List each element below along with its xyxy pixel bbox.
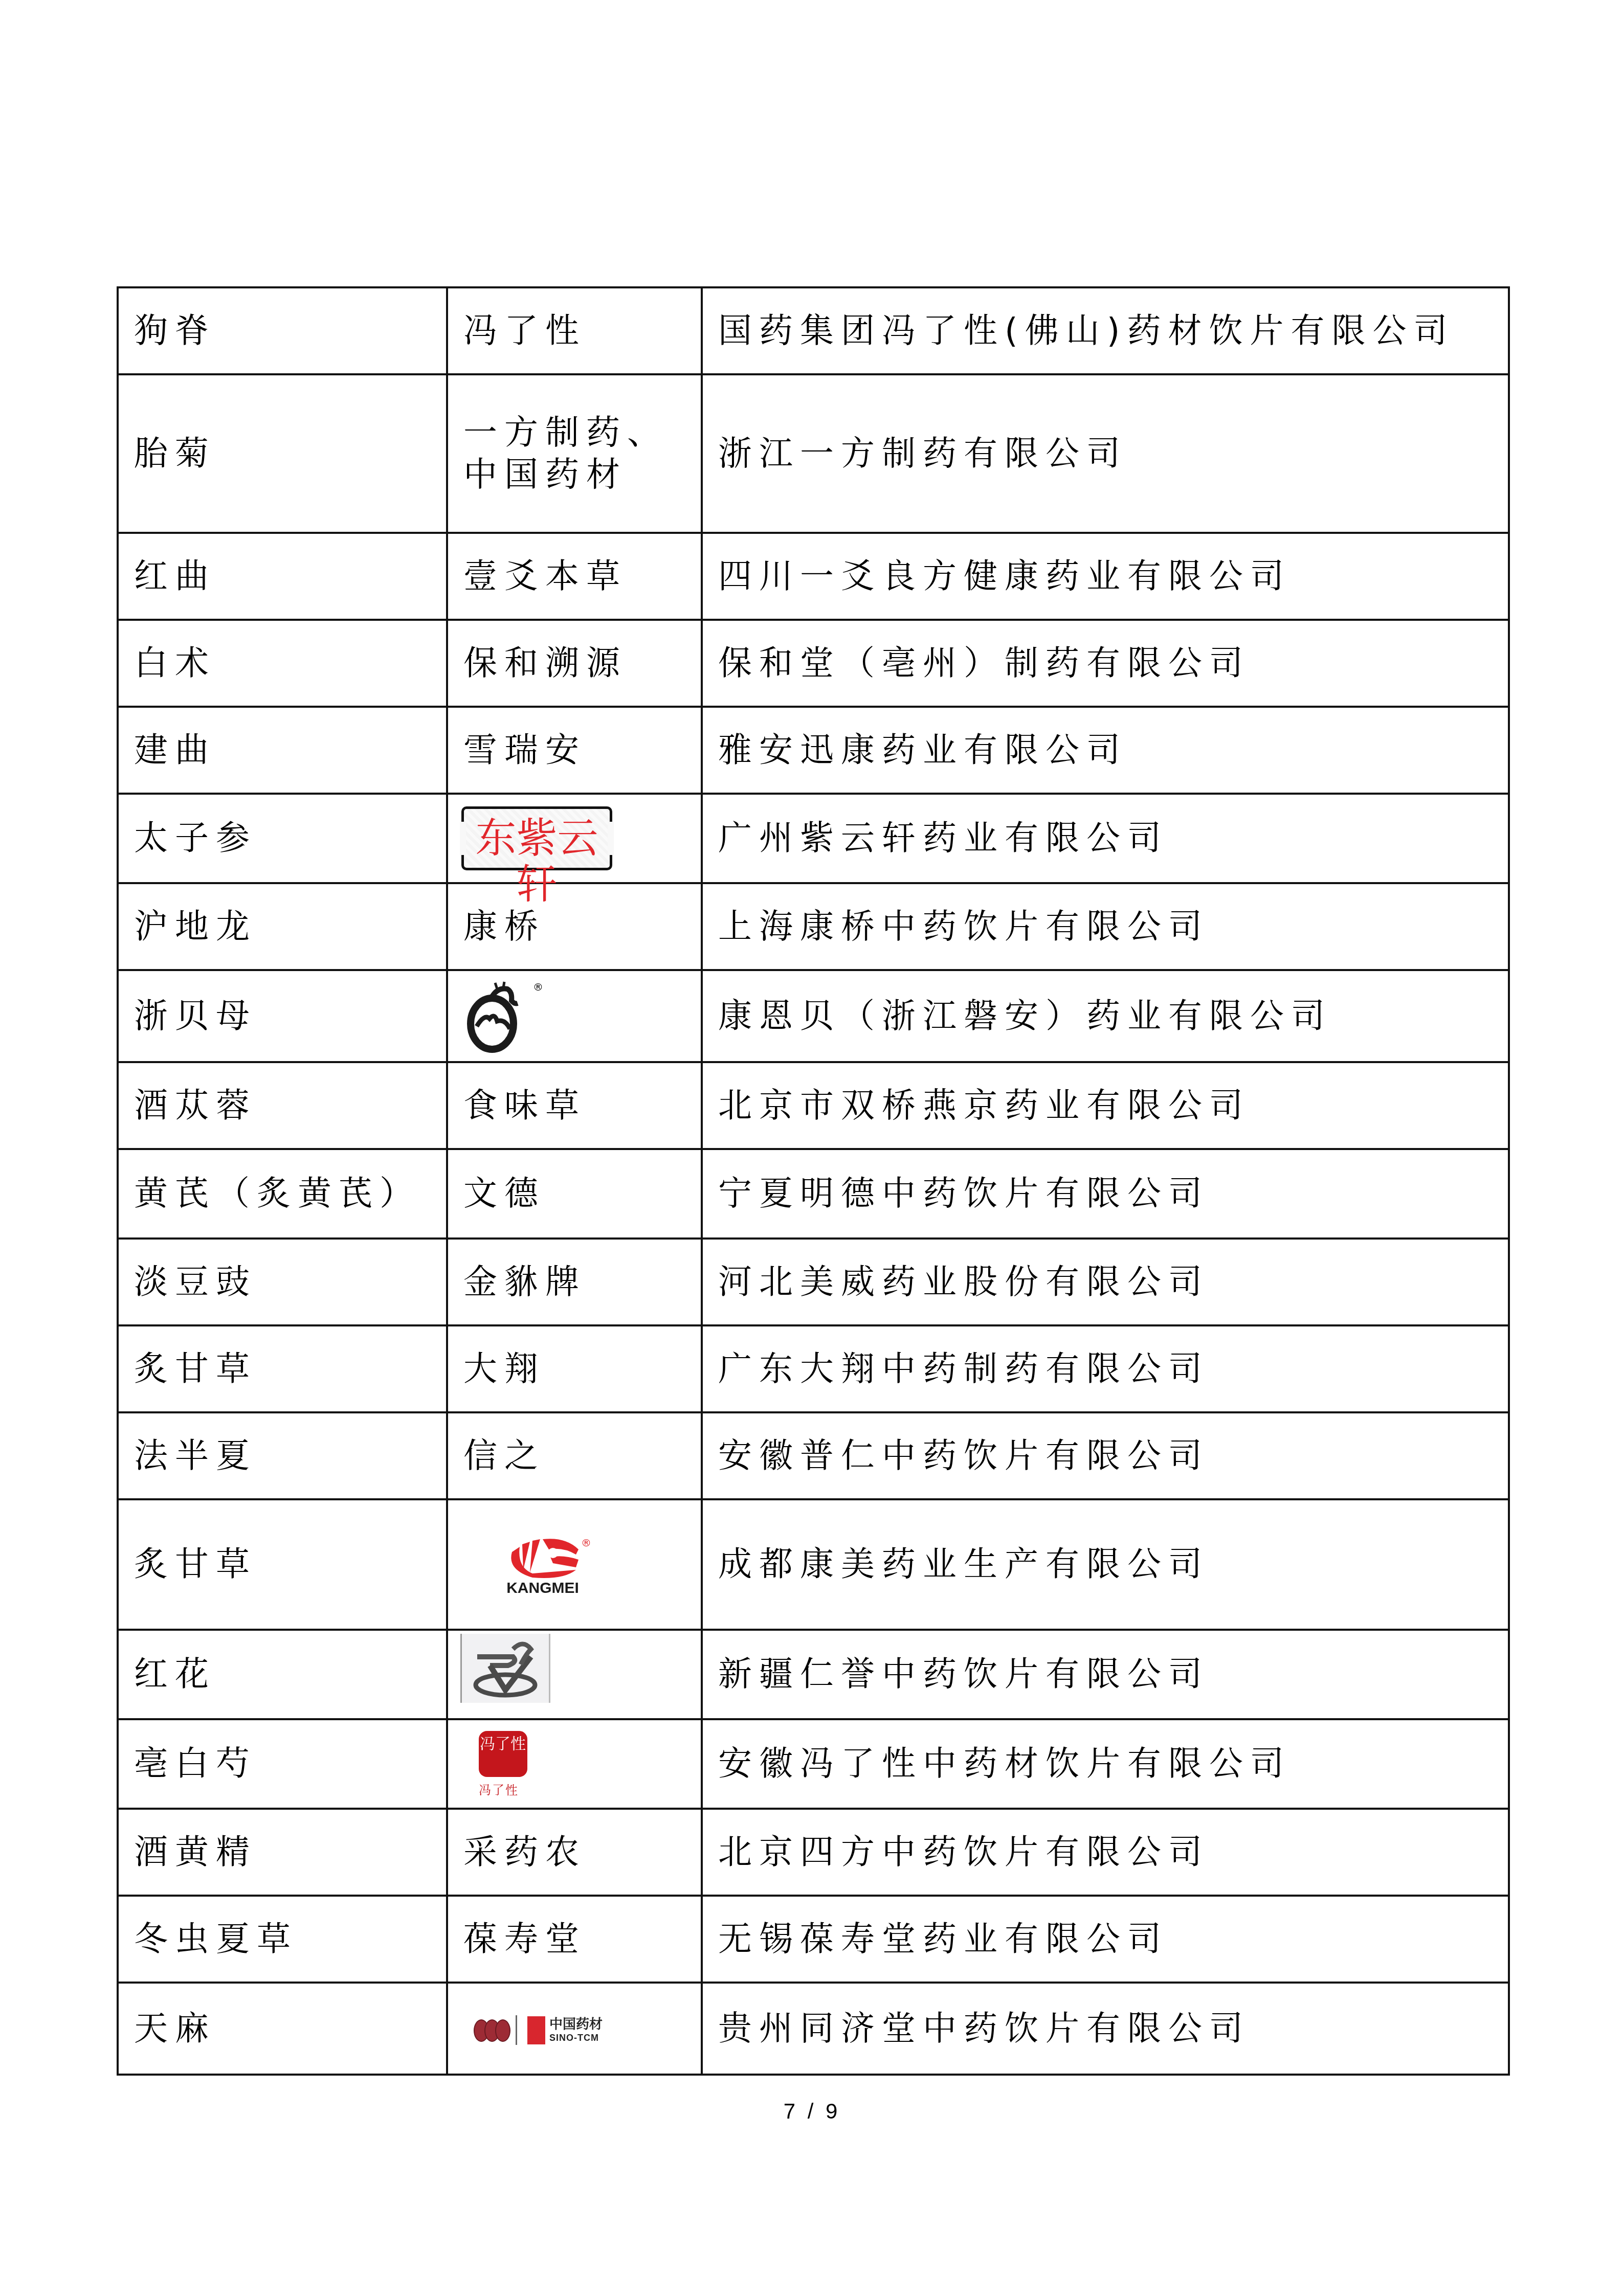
brand-cell: 大翔 xyxy=(447,1325,702,1412)
company-cell: 安徽普仁中药饮片有限公司 xyxy=(702,1412,1509,1499)
herb-cell: 炙甘草 xyxy=(118,1325,447,1412)
herb-cell: 冬虫夏草 xyxy=(118,1896,447,1983)
brand-cell: 冯了性 xyxy=(447,287,702,374)
table-row: 红花 新疆仁誉中药饮片有限公司 xyxy=(118,1630,1509,1719)
company-cell: 康恩贝（浙江磐安）药业有限公司 xyxy=(702,970,1509,1062)
brand-cell: ® KANGMEI xyxy=(447,1499,702,1630)
table-row: 法半夏 信之 安徽普仁中药饮片有限公司 xyxy=(118,1412,1509,1499)
herb-cell: 建曲 xyxy=(118,707,447,794)
table-row: 太子参 东紫云轩 广州紫云轩药业有限公司 xyxy=(118,794,1509,883)
herb-cell: 红曲 xyxy=(118,533,447,620)
herb-name: 胎菊 xyxy=(134,433,446,475)
herb-cell: 白术 xyxy=(118,620,447,707)
kangmei-logo: ® KANGMEI xyxy=(492,1526,594,1603)
herb-cell: 天麻 xyxy=(118,1983,447,2075)
company-cell: 上海康桥中药饮片有限公司 xyxy=(702,883,1509,970)
table-row: 狗脊 冯了性 国药集团冯了性(佛山)药材饮片有限公司 xyxy=(118,287,1509,374)
company-cell: 新疆仁誉中药饮片有限公司 xyxy=(702,1630,1509,1719)
herb-cell: 沪地龙 xyxy=(118,883,447,970)
page-number: 7 / 9 xyxy=(0,2099,1624,2124)
company-cell: 广东大翔中药制药有限公司 xyxy=(702,1325,1509,1412)
company-name: 国药集团冯了性(佛山)药材饮片有限公司 xyxy=(718,310,1508,352)
company-name: 安徽普仁中药饮片有限公司 xyxy=(718,1435,1508,1477)
company-name: 无锡葆寿堂药业有限公司 xyxy=(718,1918,1508,1961)
company-name: 新疆仁誉中药饮片有限公司 xyxy=(718,1653,1508,1696)
brand-name: 文德 xyxy=(463,1173,701,1215)
brand-cell: 食味草 xyxy=(447,1062,702,1149)
herb-name: 沪地龙 xyxy=(134,906,446,948)
brand-cell: 一方制药、中国药材 xyxy=(447,374,702,533)
ry-emblem-icon xyxy=(462,1634,549,1703)
sinotcm-emblem-icon xyxy=(527,2016,545,2044)
brand-cell: 中国药材 SINO-TCM xyxy=(447,1983,702,2075)
herb-name: 天麻 xyxy=(134,2008,446,2050)
herb-name: 亳白芍 xyxy=(134,1743,446,1785)
herb-name: 炙甘草 xyxy=(134,1348,446,1390)
company-name: 北京市双桥燕京药业有限公司 xyxy=(718,1085,1508,1127)
company-cell: 广州紫云轩药业有限公司 xyxy=(702,794,1509,883)
brand-cell: 文德 xyxy=(447,1149,702,1239)
herb-name: 太子参 xyxy=(134,817,446,860)
company-name: 上海康桥中药饮片有限公司 xyxy=(718,906,1508,948)
herb-cell: 黄芪（炙黄芪） xyxy=(118,1149,447,1239)
fengliaoxing-seal-logo: 冯了性 冯了性 xyxy=(469,1726,530,1803)
brand-name: 大翔 xyxy=(463,1348,701,1390)
herb-cell: 酒苁蓉 xyxy=(118,1062,447,1149)
table-row: 白术 保和溯源 保和堂（亳州）制药有限公司 xyxy=(118,620,1509,707)
table-row: 建曲 雪瑞安 雅安迅康药业有限公司 xyxy=(118,707,1509,794)
registered-mark: ® xyxy=(581,1537,591,1549)
brand-table: 狗脊 冯了性 国药集团冯了性(佛山)药材饮片有限公司 胎菊 一方制药、中国药材 … xyxy=(117,286,1510,2076)
company-cell: 四川一爻良方健康药业有限公司 xyxy=(702,533,1509,620)
company-name: 四川一爻良方健康药业有限公司 xyxy=(718,555,1508,598)
herb-cell: 太子参 xyxy=(118,794,447,883)
company-name: 成都康美药业生产有限公司 xyxy=(718,1543,1508,1586)
dragon-circle-logo: ® xyxy=(461,978,543,1054)
herb-name: 酒黄精 xyxy=(134,1831,446,1874)
company-name: 北京四方中药饮片有限公司 xyxy=(718,1831,1508,1874)
company-cell: 无锡葆寿堂药业有限公司 xyxy=(702,1896,1509,1983)
document-page: 狗脊 冯了性 国药集团冯了性(佛山)药材饮片有限公司 胎菊 一方制药、中国药材 … xyxy=(0,0,1624,2296)
herb-cell: 亳白芍 xyxy=(118,1719,447,1809)
herb-name: 炙甘草 xyxy=(134,1543,446,1586)
dongziyunxuan-logo: 东紫云轩 xyxy=(461,806,612,870)
herb-name: 酒苁蓉 xyxy=(134,1085,446,1127)
sinotcm-cn-text: 中国药材 xyxy=(549,2017,603,2032)
brand-cell: ® xyxy=(447,970,702,1062)
seal-caption: 冯了性 xyxy=(479,1783,519,1797)
herb-cell: 法半夏 xyxy=(118,1412,447,1499)
seal-text: 冯了性 xyxy=(480,1735,526,1753)
herb-cell: 浙贝母 xyxy=(118,970,447,1062)
herb-cell: 酒黄精 xyxy=(118,1809,447,1896)
brand-name: 金貅牌 xyxy=(463,1261,701,1303)
company-cell: 浙江一方制药有限公司 xyxy=(702,374,1509,533)
table-row: 炙甘草 大翔 广东大翔中药制药有限公司 xyxy=(118,1325,1509,1412)
company-name: 安徽冯了性中药材饮片有限公司 xyxy=(718,1743,1508,1785)
brand-cell: 信之 xyxy=(447,1412,702,1499)
brand-cell: 冯了性 冯了性 xyxy=(447,1719,702,1809)
brand-name: 壹爻本草 xyxy=(463,555,701,598)
herb-name: 白术 xyxy=(134,642,446,685)
brand-name: 雪瑞安 xyxy=(463,729,701,772)
brand-name: 保和溯源 xyxy=(463,642,701,685)
table-row: 冬虫夏草 葆寿堂 无锡葆寿堂药业有限公司 xyxy=(118,1896,1509,1983)
brand-cell: 葆寿堂 xyxy=(447,1896,702,1983)
company-cell: 国药集团冯了性(佛山)药材饮片有限公司 xyxy=(702,287,1509,374)
company-cell: 安徽冯了性中药材饮片有限公司 xyxy=(702,1719,1509,1809)
table-row: 黄芪（炙黄芪） 文德 宁夏明德中药饮片有限公司 xyxy=(118,1149,1509,1239)
brand-cell: 采药农 xyxy=(447,1809,702,1896)
registered-mark: ® xyxy=(533,981,543,994)
herb-name: 淡豆豉 xyxy=(134,1261,446,1303)
company-name: 保和堂（亳州）制药有限公司 xyxy=(718,642,1508,685)
table-row: 天麻 中国药材 SINO-TCM 贵州同济堂中药饮片有限公司 xyxy=(118,1983,1509,2075)
kangmei-emblem-icon xyxy=(492,1526,594,1583)
table-row: 红曲 壹爻本草 四川一爻良方健康药业有限公司 xyxy=(118,533,1509,620)
brand-name: 康桥 xyxy=(463,906,701,948)
company-name: 雅安迅康药业有限公司 xyxy=(718,729,1508,772)
company-name: 广州紫云轩药业有限公司 xyxy=(718,817,1508,860)
company-cell: 宁夏明德中药饮片有限公司 xyxy=(702,1149,1509,1239)
logo-divider xyxy=(516,2015,517,2045)
table-row: 亳白芍 冯了性 冯了性 安徽冯了性中药材饮片有限公司 xyxy=(118,1719,1509,1809)
company-cell: 雅安迅康药业有限公司 xyxy=(702,707,1509,794)
herb-name: 浙贝母 xyxy=(134,995,446,1038)
brand-cell: 壹爻本草 xyxy=(447,533,702,620)
herb-cell: 胎菊 xyxy=(118,374,447,533)
brand-cell: 保和溯源 xyxy=(447,620,702,707)
company-name: 河北美威药业股份有限公司 xyxy=(718,1261,1508,1303)
herb-cell: 红花 xyxy=(118,1630,447,1719)
herb-name: 红花 xyxy=(134,1653,446,1696)
herb-cell: 淡豆豉 xyxy=(118,1239,447,1325)
table-row: 炙甘草 ® KANGMEI xyxy=(118,1499,1509,1630)
company-name: 广东大翔中药制药有限公司 xyxy=(718,1348,1508,1390)
company-name: 浙江一方制药有限公司 xyxy=(718,433,1508,475)
table-row: 沪地龙 康桥 上海康桥中药饮片有限公司 xyxy=(118,883,1509,970)
herb-name: 建曲 xyxy=(134,729,446,772)
sinotcm-en-text: SINO-TCM xyxy=(549,2033,599,2043)
company-name: 宁夏明德中药饮片有限公司 xyxy=(718,1173,1508,1215)
brand-name: 葆寿堂 xyxy=(463,1918,701,1961)
company-cell: 成都康美药业生产有限公司 xyxy=(702,1499,1509,1630)
brand-cell: 金貅牌 xyxy=(447,1239,702,1325)
brand-name: 采药农 xyxy=(463,1831,701,1874)
company-cell: 河北美威药业股份有限公司 xyxy=(702,1239,1509,1325)
herb-name: 狗脊 xyxy=(134,310,446,352)
company-cell: 贵州同济堂中药饮片有限公司 xyxy=(702,1983,1509,2075)
brand-cell: 东紫云轩 xyxy=(447,794,702,883)
herb-cell: 炙甘草 xyxy=(118,1499,447,1630)
company-name: 康恩贝（浙江磐安）药业有限公司 xyxy=(718,995,1508,1038)
herb-cell: 狗脊 xyxy=(118,287,447,374)
brand-cell xyxy=(447,1630,702,1719)
tongjitang-sinotcm-logo: 中国药材 SINO-TCM xyxy=(474,2009,617,2050)
company-cell: 保和堂（亳州）制药有限公司 xyxy=(702,620,1509,707)
company-name: 贵州同济堂中药饮片有限公司 xyxy=(718,2008,1508,2050)
kangmei-wordmark: KANGMEI xyxy=(492,1579,594,1598)
herb-name: 法半夏 xyxy=(134,1435,446,1477)
dragon-circle-icon xyxy=(461,978,543,1054)
company-cell: 北京四方中药饮片有限公司 xyxy=(702,1809,1509,1896)
brand-name: 冯了性 xyxy=(463,310,701,352)
table-row: 酒苁蓉 食味草 北京市双桥燕京药业有限公司 xyxy=(118,1062,1509,1149)
renyu-ry-logo xyxy=(460,1634,550,1703)
company-cell: 北京市双桥燕京药业有限公司 xyxy=(702,1062,1509,1149)
brand-name: 一方制药、中国药材 xyxy=(463,412,701,496)
herb-name: 黄芪（炙黄芪） xyxy=(134,1173,446,1215)
brand-name: 信之 xyxy=(463,1435,701,1477)
dongziyunxuan-logo-text: 东紫云轩 xyxy=(464,815,610,907)
table-row: 浙贝母 ® 康恩贝（浙江磐安）药业有限公司 xyxy=(118,970,1509,1062)
herb-name: 红曲 xyxy=(134,555,446,598)
brand-name: 食味草 xyxy=(463,1085,701,1127)
table-row: 胎菊 一方制药、中国药材 浙江一方制药有限公司 xyxy=(118,374,1509,533)
table-row: 淡豆豉 金貅牌 河北美威药业股份有限公司 xyxy=(118,1239,1509,1325)
tongjitang-emblem-icon xyxy=(474,2019,508,2040)
brand-cell: 雪瑞安 xyxy=(447,707,702,794)
herb-name: 冬虫夏草 xyxy=(134,1918,446,1961)
table-row: 酒黄精 采药农 北京四方中药饮片有限公司 xyxy=(118,1809,1509,1896)
